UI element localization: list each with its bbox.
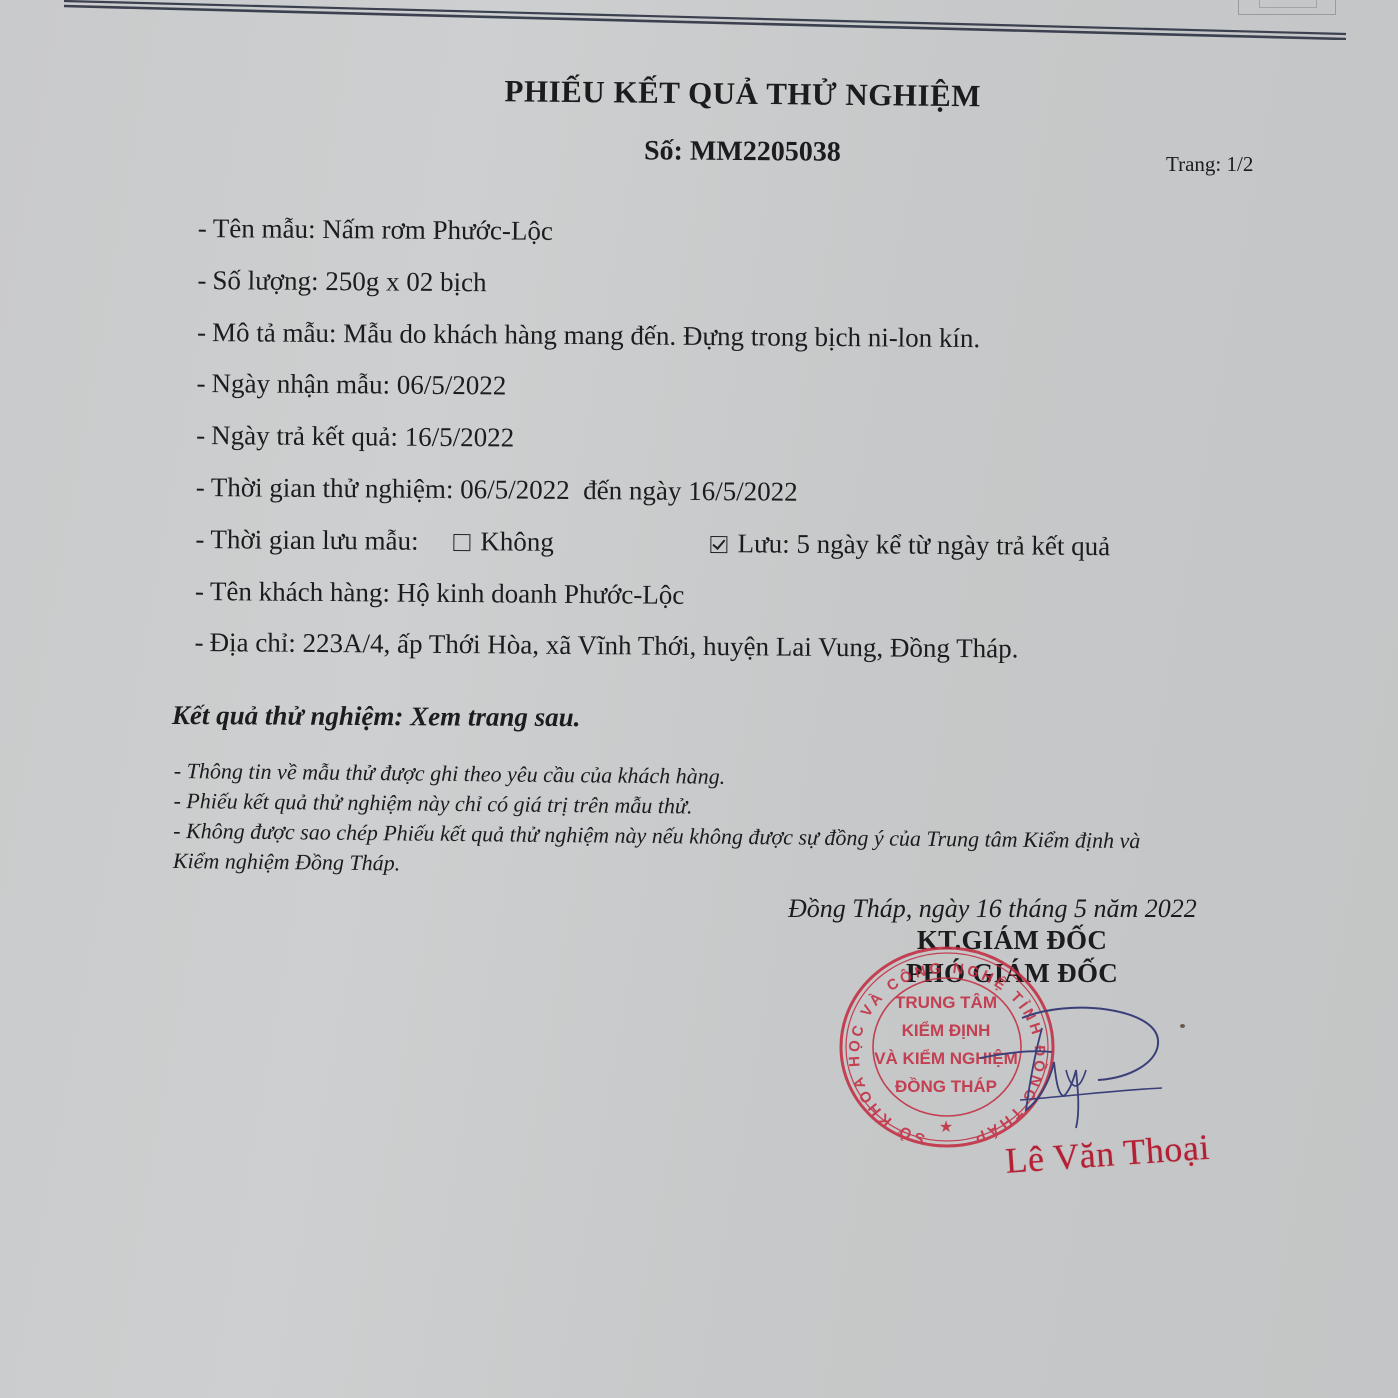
checkbox-unchecked-icon — [453, 534, 470, 551]
bullet-dash: - — [194, 627, 203, 657]
bullet-dash: - — [198, 213, 207, 243]
document-number-label: Số: — [644, 135, 683, 166]
field-customer-name: -Tên khách hàng: Hộ kinh doanh Phước-Lộc — [195, 571, 1110, 630]
field-label: Thời gian lưu mẫu: — [210, 524, 418, 556]
bullet-dash: - — [196, 420, 205, 450]
field-received-date: -Ngày nhận mẫu: 06/5/2022 — [196, 363, 1111, 422]
field-label: Số lượng: — [212, 265, 318, 296]
field-result-date: -Ngày trả kết quả: 16/5/2022 — [196, 415, 1111, 474]
page-indicator: Trang: 1/2 — [1166, 152, 1253, 177]
bullet-dash: - — [196, 472, 205, 502]
svg-text:KIỂM ĐỊNH: KIỂM ĐỊNH — [902, 1021, 991, 1040]
document-number-value: MM2205038 — [690, 136, 841, 168]
notes: - Thông tin về mẫu thử được ghi theo yêu… — [173, 756, 1294, 888]
test-result-reference: Kết quả thử nghiệm: Xem trang sau. — [172, 700, 581, 733]
checkbox-checked-icon — [710, 536, 727, 553]
bullet-dash: - — [197, 368, 206, 398]
sample-info-fields: -Tên mẫu: Nấm rơm Phước-Lộc -Số lượng: 2… — [194, 208, 1112, 681]
handwritten-signature — [980, 1000, 1180, 1130]
field-quantity: -Số lượng: 250g x 02 bịch — [197, 260, 1112, 319]
document-title: PHIẾU KẾT QUẢ THỬ NGHIỆM — [0, 68, 1398, 120]
field-label: Tên mẫu: — [213, 213, 316, 244]
field-label: Địa chỉ: — [209, 627, 295, 658]
header-double-rule — [64, 0, 1346, 40]
field-value: 16/5/2022 — [405, 422, 515, 453]
storage-option-label: Không — [480, 526, 554, 557]
field-test-period: -Thời gian thử nghiệm: 06/5/2022 đến ngà… — [196, 467, 1111, 526]
field-value: Mẫu do khách hàng mang đến. Đựng trong b… — [343, 318, 980, 353]
field-label: Thời gian thử nghiệm: — [211, 472, 454, 504]
place-and-date: Đồng Tháp, ngày 16 tháng 5 năm 2022 — [788, 894, 1248, 924]
field-sample-name: -Tên mẫu: Nấm rơm Phước-Lộc — [198, 208, 1113, 267]
field-address: -Địa chỉ: 223A/4, ấp Thới Hòa, xã Vĩnh T… — [194, 622, 1109, 681]
page-value: 1/2 — [1227, 152, 1254, 176]
storage-option-label: Lưu: 5 ngày kể từ ngày trả kết quả — [737, 528, 1110, 561]
field-label: Ngày trả kết quả: — [211, 420, 398, 451]
storage-option-keep: Lưu: 5 ngày kể từ ngày trả kết quả — [710, 523, 1110, 566]
field-sample-description: -Mô tả mẫu: Mẫu do khách hàng mang đến. … — [197, 312, 1112, 371]
field-value: 223A/4, ấp Thới Hòa, xã Vĩnh Thới, huyện… — [302, 628, 1018, 664]
field-label: Mô tả mẫu: — [212, 317, 337, 348]
field-value: Nấm rơm Phước-Lộc — [322, 214, 553, 246]
bullet-dash: - — [197, 265, 206, 295]
field-value: 06/5/2022 — [397, 370, 507, 401]
test-result-document: PHIẾU KẾT QUẢ THỬ NGHIỆM Số: MM2205038 T… — [0, 0, 1398, 1398]
field-value: Hộ kinh doanh Phước-Lộc — [397, 577, 685, 609]
page-label: Trang: — [1166, 152, 1221, 176]
storage-option-none: Không — [453, 521, 554, 562]
bullet-dash: - — [195, 524, 204, 554]
bullet-dash: - — [197, 317, 206, 347]
svg-text:★: ★ — [939, 1117, 953, 1136]
field-sample-storage: -Thời gian lưu mẫu: Không Lưu: 5 ngày kể… — [195, 519, 1110, 578]
paper-speck — [1180, 1024, 1185, 1028]
document-number: Số: MM2205038 — [644, 135, 841, 168]
field-value: 06/5/2022 đến ngày 16/5/2022 — [460, 474, 798, 507]
corner-form-box — [1238, 0, 1336, 15]
field-value: 250g x 02 bịch — [325, 266, 486, 297]
bullet-dash: - — [195, 576, 204, 606]
field-label: Ngày nhận mẫu: — [212, 369, 391, 400]
field-label: Tên khách hàng: — [210, 576, 390, 607]
corner-form-code — [1259, 0, 1317, 8]
